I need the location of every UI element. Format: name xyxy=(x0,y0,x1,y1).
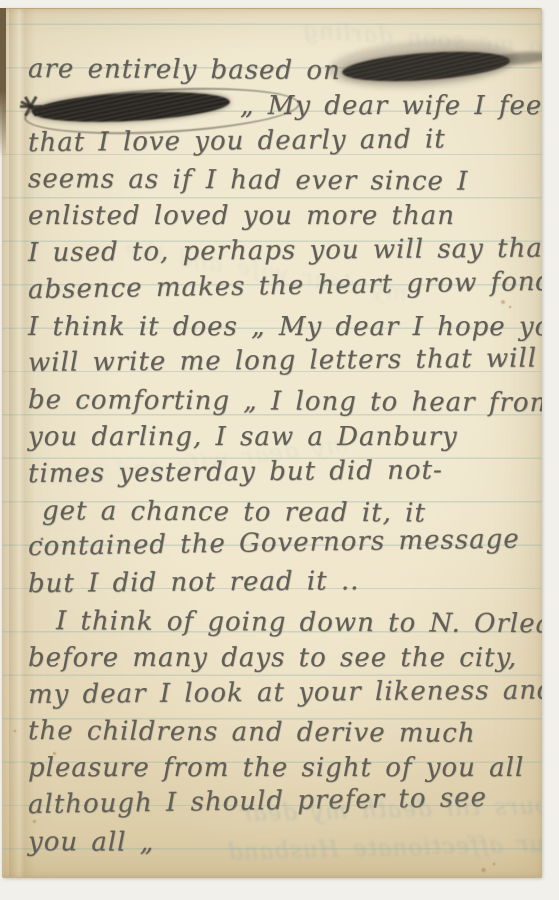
foxing-spot xyxy=(508,305,512,309)
handwriting-line: seems as if I had ever since I xyxy=(28,161,542,201)
foxing-spot xyxy=(13,729,17,733)
foxing-spot xyxy=(492,862,496,866)
handwriting-line: before many days to see the city, xyxy=(28,640,542,677)
foxing-spot xyxy=(500,299,506,305)
scratch-mark-icon xyxy=(20,95,42,117)
handwriting-line: enlisted loved you more than xyxy=(28,198,542,235)
letter-page: are entirely based on „ My dear wife I f… xyxy=(2,8,542,878)
handwriting-line: I think of going down to N. Orleans xyxy=(28,603,542,643)
pencil-dot xyxy=(40,537,44,541)
handwriting-line: contained the Governors message xyxy=(28,521,542,566)
foxing-spot xyxy=(480,867,487,873)
letter-photo: are entirely based on „ My dear wife I f… xyxy=(0,0,559,900)
binding-edge xyxy=(0,8,6,158)
handwriting-line: my dear I look at your likeness and xyxy=(28,672,542,713)
foxing-spot xyxy=(52,751,57,756)
handwriting-line: will write me long letters that will xyxy=(28,341,542,382)
handwriting-line: be comforting „ I long to hear from xyxy=(28,382,542,422)
handwriting-line: the childrens and derive much xyxy=(28,713,542,753)
handwriting-line: I think it does „ My dear I hope you xyxy=(28,309,542,346)
foxing-spot xyxy=(32,819,37,824)
handwriting-line: but I did not read it .. xyxy=(28,562,542,603)
